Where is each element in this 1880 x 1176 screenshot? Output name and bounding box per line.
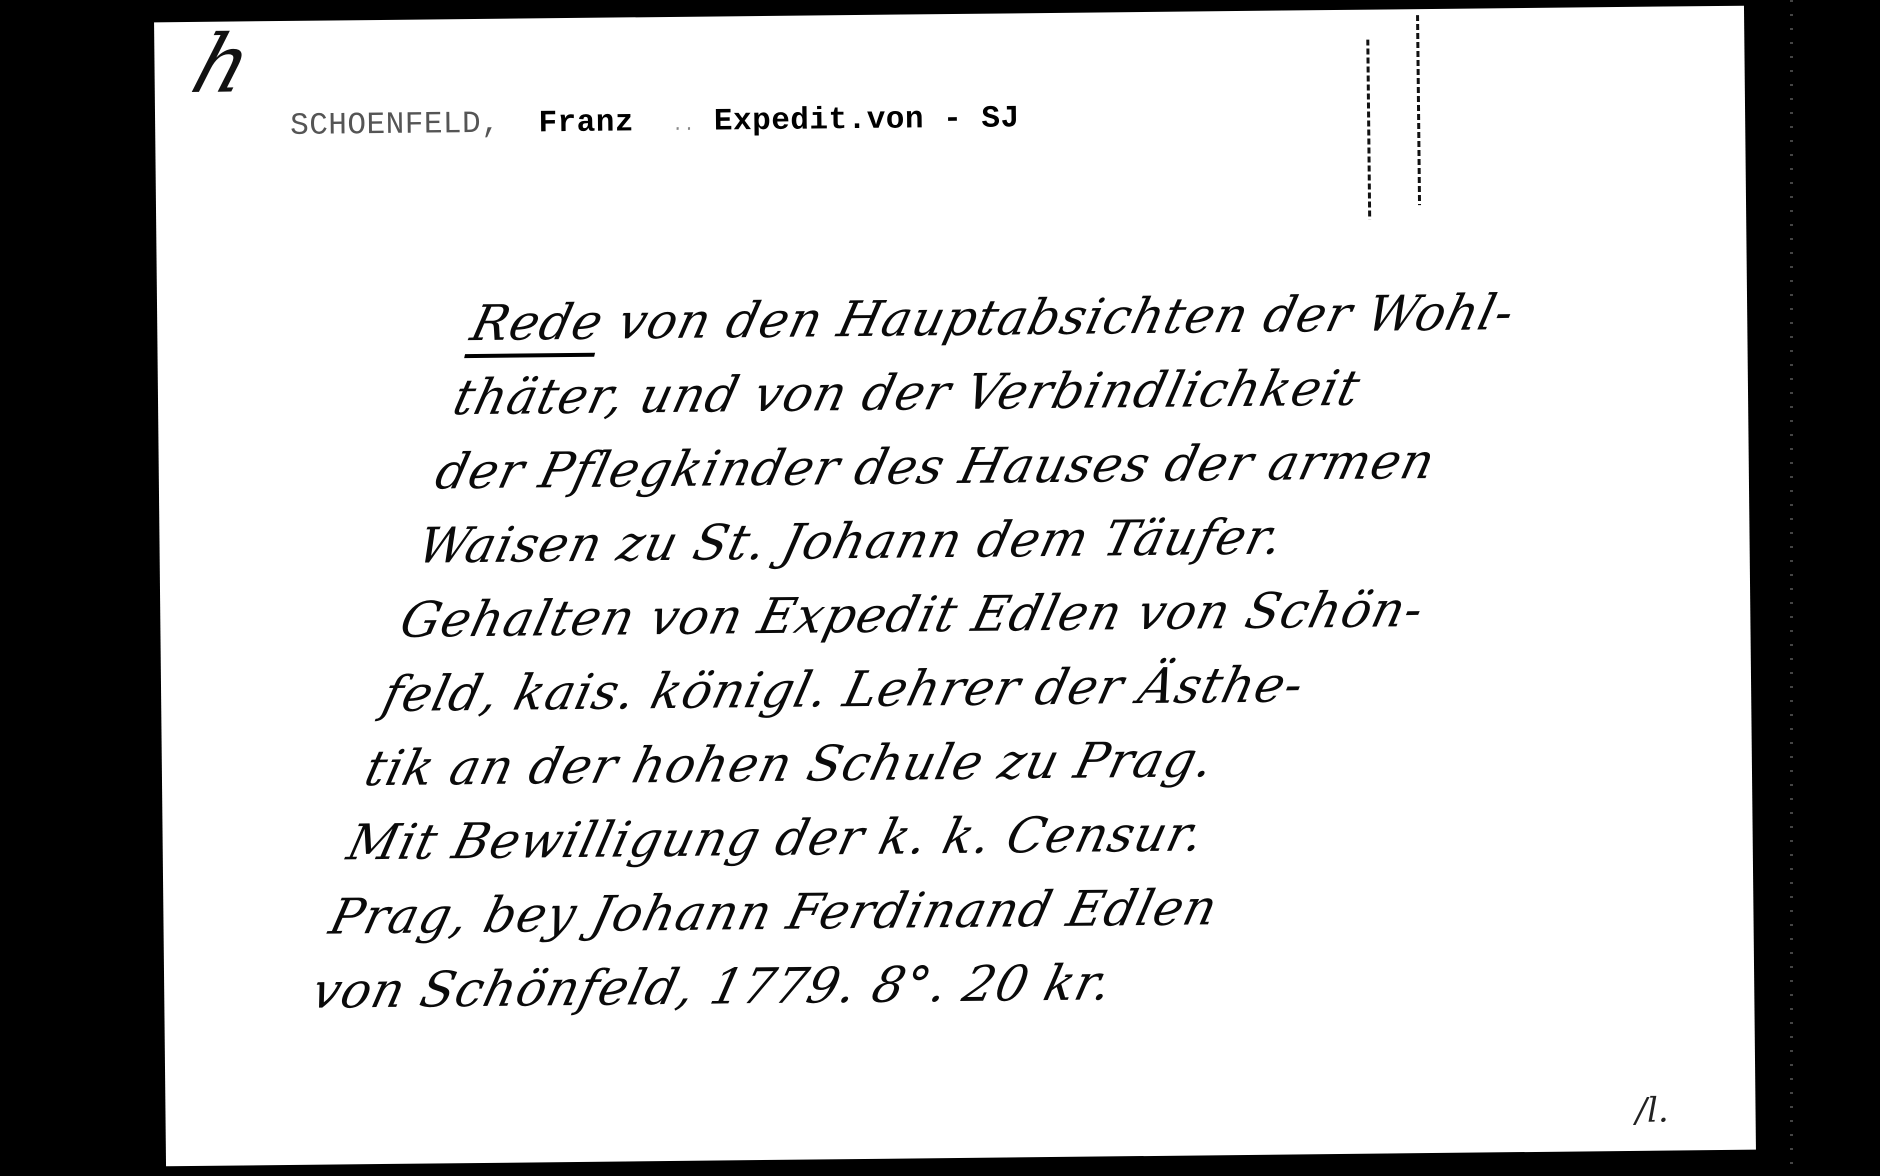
typed-header: SCHOENFELD, Franz .. Expedit.von - SJ — [290, 101, 1020, 144]
corner-handwritten-mark: h — [182, 17, 263, 111]
entry-line-9: Prag, bey Johann Ferdinand Edlen — [322, 867, 1670, 955]
entry-line-1-text: von den Hauptabsichten der Wohl- — [596, 284, 1520, 351]
entry-title-word: Rede — [464, 294, 609, 359]
index-card: h SCHOENFELD, Franz .. Expedit.von - SJ … — [154, 6, 1756, 1167]
bottom-right-mark: /l. — [1635, 1091, 1669, 1131]
entry-line-4: Waisen zu St. Johann dem Täufer. — [410, 496, 1758, 584]
entry-line-10: von Schönfeld, 1779. 8°. 20 kr. — [304, 941, 1652, 1029]
header-speck: .. — [672, 116, 695, 136]
header-given-name: Franz — [538, 105, 634, 141]
entry-line-1: Rede von den Hauptabsichten der Wohl- — [463, 273, 1811, 361]
entry-line-2: thäter, und von der Verbindlichkeit — [446, 347, 1794, 435]
header-code: SJ — [981, 101, 1020, 136]
scan-border-artifact — [1790, 0, 1793, 1176]
entry-line-7: tik an der hohen Schule zu Prag. — [357, 718, 1705, 806]
scan-artifact-line — [1366, 40, 1371, 220]
header-surname: SCHOENFELD, — [290, 107, 500, 144]
entry-line-8: Mit Bewilligung der k. k. Censur. — [340, 792, 1688, 880]
header-dash: - — [943, 102, 962, 137]
header-role: Expedit.von — [714, 102, 924, 139]
entry-line-3: der Pflegkinder des Hauses der armen — [428, 421, 1776, 509]
entry-line-5: Gehalten von Expedit Edlen von Schön- — [393, 570, 1741, 658]
entry-line-6: feld, kais. königl. Lehrer der Ästhe- — [375, 644, 1723, 732]
handwritten-entry: Rede von den Hauptabsichten der Wohl- th… — [304, 273, 1811, 1029]
scan-artifact-line — [1416, 15, 1421, 205]
